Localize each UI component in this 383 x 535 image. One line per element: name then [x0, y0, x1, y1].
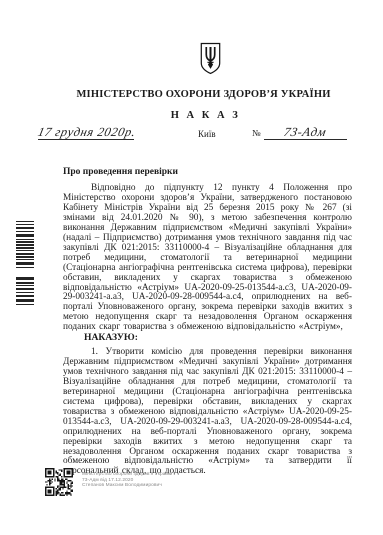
city-label: Київ [198, 129, 216, 139]
signature-stamp: Міністерство охорони здоров’я України 73… [45, 468, 172, 496]
ministry-title: МІНІСТЕРСТВО ОХОРОНИ ЗДОРОВ’Я УКРАЇНИ [12, 89, 383, 100]
barcode-stripes-bottom [16, 277, 34, 305]
doc-number-handwritten: 73-Адм [283, 125, 328, 140]
order-item-1: 1. Утворити комісію для проведення перев… [63, 348, 352, 477]
stamp-org: Міністерство охорони здоров’я України [82, 472, 172, 478]
resolution-heading: НАКАЗУЮ: [84, 332, 138, 343]
doc-number-field: 73-Адм [264, 125, 347, 140]
issue-date-handwritten: 17 грудня 2020р. [36, 125, 137, 140]
preamble-paragraph: Відповідно до підпункту 12 пункту 4 Поло… [63, 184, 352, 333]
date-number-row: 17 грудня 2020р. Київ № 73-Адм [38, 125, 353, 143]
issue-date-field: 17 грудня 2020р. [38, 125, 134, 140]
doc-type-heading: Н А К А З [14, 110, 383, 121]
barcode-stripes-top [16, 221, 34, 269]
stamp-signer: Степанов Максим Володимирович [82, 483, 172, 489]
subject-line: Про проведення перевірки [63, 167, 178, 177]
ukraine-trident-emblem [199, 42, 222, 75]
registration-barcode [16, 221, 34, 305]
qr-code-icon [45, 468, 73, 496]
stamp-caption: Міністерство охорони здоров’я України 73… [82, 472, 172, 489]
number-sign: № [252, 128, 261, 138]
